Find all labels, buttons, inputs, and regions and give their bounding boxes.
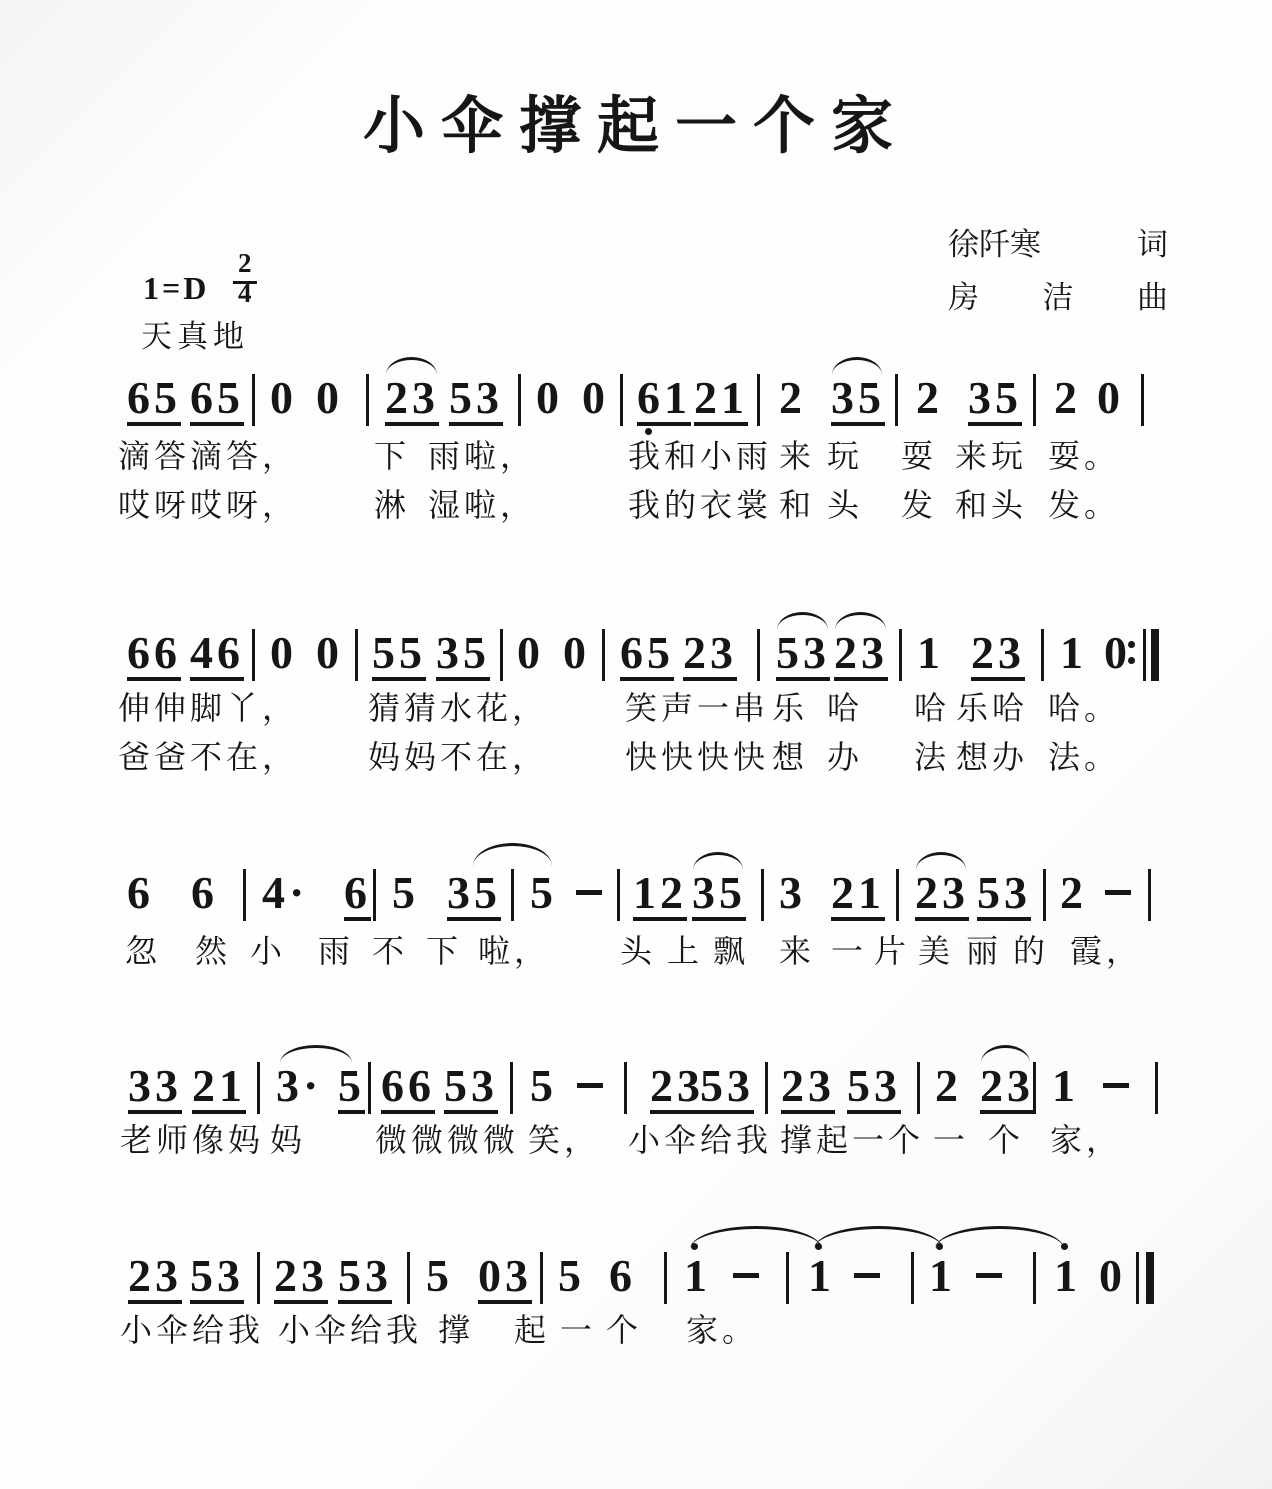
lyric-segment: 滴答滴答， xyxy=(118,438,298,475)
lyric-segment: 妈妈不在， xyxy=(368,739,548,776)
note-token: 5 xyxy=(558,1256,585,1296)
barline xyxy=(510,1062,513,1114)
lyric-segment: 微微微微 xyxy=(375,1122,519,1159)
note-token: 53 xyxy=(977,873,1031,921)
duration-dash xyxy=(577,1083,603,1088)
note-token: 0 xyxy=(270,378,297,418)
lyric-segment: 来 xyxy=(779,933,815,970)
lyric-segment: 发 xyxy=(901,487,937,524)
lyric-segment: 法 xyxy=(914,739,950,776)
lyric-segment: 小伞给我 xyxy=(628,1122,772,1159)
duration-dash xyxy=(733,1273,759,1278)
note-token: 65 xyxy=(620,633,674,681)
lyric-segment: 然 xyxy=(195,933,231,970)
lyric-segment: 下 xyxy=(374,438,410,475)
lyric-segment: 美 xyxy=(918,933,954,970)
note-token: 53 xyxy=(444,1066,498,1114)
repeat-end-barline xyxy=(1143,629,1146,681)
barline xyxy=(896,869,899,921)
barline xyxy=(757,374,760,426)
lyric-segment: 一 xyxy=(933,1122,969,1159)
lyric-segment: 淋 xyxy=(374,487,410,524)
note-token: 66 xyxy=(127,633,181,681)
note-token: 2 xyxy=(1054,378,1081,418)
barline xyxy=(917,1062,920,1114)
barline xyxy=(257,1252,260,1304)
time-signature: 2 4 xyxy=(233,250,257,307)
note-token: 23 xyxy=(834,633,888,681)
note-token: 53 xyxy=(190,1256,244,1304)
lyric-segment: 笑声一串 xyxy=(625,690,769,727)
lyric-segment: 撑起一个 xyxy=(780,1122,924,1159)
note-token: 1 xyxy=(1060,633,1087,673)
duration-dash xyxy=(576,890,602,895)
lyric-segment: 我和小雨 xyxy=(628,438,772,475)
lyric-segment: 哎呀哎呀， xyxy=(118,487,298,524)
note-token: 53 xyxy=(338,1256,392,1304)
note-token: 0 xyxy=(1097,378,1124,418)
lyric-segment: 不 xyxy=(372,933,408,970)
lyric-segment: 爸爸不在， xyxy=(118,739,298,776)
lyric-segment: 雨 xyxy=(318,933,354,970)
note-token: 2 xyxy=(1060,873,1087,913)
barline xyxy=(624,1062,627,1114)
barline xyxy=(1041,629,1044,681)
note-token: 23 xyxy=(274,1256,328,1304)
lyric-segment: 来玩 xyxy=(955,438,1027,475)
lyric-segment: 小伞给我 xyxy=(278,1312,422,1349)
tempo-marking: 天真地 xyxy=(141,322,249,353)
lyric-segment: 一 xyxy=(831,933,867,970)
key-signature: 1=D xyxy=(143,272,209,304)
note-token: 4· xyxy=(262,873,308,913)
slur-arc xyxy=(280,1045,352,1063)
note-token: 5 xyxy=(530,873,557,913)
note-token: 23 xyxy=(650,1066,704,1114)
lyric-segment: 湿啦， xyxy=(428,487,536,524)
credits: 徐阡寒 词 房 洁 曲 xyxy=(948,230,1168,336)
note-token: 0 xyxy=(1104,633,1131,673)
lyric-segment: 笑， xyxy=(528,1122,600,1159)
note-token: 23 xyxy=(980,1066,1034,1114)
barline xyxy=(511,869,514,921)
slur-arc xyxy=(832,357,882,375)
lyric-segment: 法。 xyxy=(1048,739,1120,776)
barline xyxy=(664,1252,667,1304)
duration-dash xyxy=(976,1273,1002,1278)
barline xyxy=(1043,869,1046,921)
slur-arc xyxy=(386,357,437,375)
note-token: 1 xyxy=(808,1256,835,1296)
lyric-segment: 啦， xyxy=(478,933,550,970)
barline xyxy=(1155,1062,1158,1114)
note-token: 1 xyxy=(929,1256,956,1296)
note-token: 5 xyxy=(338,1066,365,1114)
note-token: 23 xyxy=(781,1066,835,1114)
barline xyxy=(617,869,620,921)
lyric-segment: 一 xyxy=(560,1312,596,1349)
note-token: 0 xyxy=(517,633,544,673)
lyric-segment: 个 xyxy=(606,1312,642,1349)
tie-arc xyxy=(690,1226,822,1249)
repeat-end-barline-thick xyxy=(1151,629,1159,681)
note-token: 6 xyxy=(609,1256,636,1296)
note-token: 3· xyxy=(276,1066,322,1106)
lyricist-role: 词 xyxy=(1137,230,1168,261)
note-token: 21 xyxy=(192,1066,246,1114)
lyric-segment: 我的衣裳 xyxy=(628,487,772,524)
barline xyxy=(407,1252,410,1304)
repeat-dot xyxy=(1128,657,1135,664)
note-token: 35 xyxy=(692,873,746,921)
final-barline xyxy=(1136,1252,1139,1304)
barline xyxy=(765,1062,768,1114)
barline xyxy=(368,1062,371,1114)
lyric-segment: 小伞给我 xyxy=(120,1312,264,1349)
lyric-segment: 下 xyxy=(426,933,462,970)
note-token: 1 xyxy=(1054,1256,1081,1296)
note-token: 35 xyxy=(436,633,490,681)
note-token: 61 xyxy=(637,378,691,426)
composer-credit: 房 洁 曲 xyxy=(948,283,1168,314)
note-token: 53 xyxy=(776,633,830,681)
barline xyxy=(355,629,358,681)
note-token: 23 xyxy=(385,378,439,426)
composer-role: 曲 xyxy=(1137,283,1168,314)
lyric-segment: 来 xyxy=(779,438,815,475)
lyric-segment: 哈 xyxy=(827,690,863,727)
lyric-segment: 想 xyxy=(772,739,808,776)
note-token: 35 xyxy=(447,873,501,921)
barline xyxy=(373,869,376,921)
note-token: 6 xyxy=(191,873,218,913)
barline xyxy=(518,374,521,426)
lyric-segment: 哈 xyxy=(914,690,950,727)
note-token: 53 xyxy=(847,1066,901,1114)
note-token: 2 xyxy=(916,378,943,418)
barline xyxy=(895,374,898,426)
tie-arc xyxy=(473,843,552,866)
barline xyxy=(761,869,764,921)
barline xyxy=(1033,1252,1036,1304)
barline xyxy=(366,374,369,426)
note-token: 46 xyxy=(190,633,244,681)
lyric-segment: 猜猜水花， xyxy=(368,690,548,727)
lyric-segment: 乐 xyxy=(772,690,808,727)
barline xyxy=(257,1062,260,1114)
note-token: 65 xyxy=(127,378,181,426)
duration-dash xyxy=(854,1273,880,1278)
note-token: 5 xyxy=(530,1066,557,1106)
slur-arc xyxy=(693,852,743,870)
lyric-segment: 飘 xyxy=(713,933,749,970)
note-token: 23 xyxy=(915,873,969,921)
song-title: 小伞撑起一个家 xyxy=(0,92,1272,160)
barline xyxy=(540,1252,543,1304)
duration-dash xyxy=(1105,890,1131,895)
note-token: 1 xyxy=(1052,1066,1079,1106)
barline xyxy=(1033,374,1036,426)
barline xyxy=(786,1252,789,1304)
note-token: 0 xyxy=(582,378,609,418)
barline xyxy=(602,629,605,681)
lyric-segment: 家， xyxy=(1050,1122,1122,1159)
note-token: 1 xyxy=(917,633,944,673)
slur-arc xyxy=(777,612,828,630)
barline xyxy=(500,629,503,681)
lyric-segment: 老师像妈 xyxy=(120,1122,264,1159)
lyric-segment: 头 xyxy=(620,933,656,970)
note-token: 0 xyxy=(1099,1256,1126,1296)
composer-name-part1: 房 xyxy=(948,283,979,314)
lyric-segment: 快快快快 xyxy=(625,739,769,776)
barline xyxy=(899,629,902,681)
slur-arc xyxy=(981,1045,1030,1063)
slur-arc xyxy=(916,852,966,870)
lyric-segment: 和头 xyxy=(955,487,1027,524)
note-token: 3 xyxy=(779,873,806,913)
lyric-segment: 忽 xyxy=(125,933,161,970)
lyric-segment: 的 xyxy=(1013,933,1049,970)
note-token: 55 xyxy=(372,633,426,681)
lyric-segment: 家。 xyxy=(686,1312,758,1349)
note-token: 33 xyxy=(128,1066,182,1114)
lyricist-credit: 徐阡寒 词 xyxy=(948,230,1168,261)
barline xyxy=(911,1252,914,1304)
note-token: 5 xyxy=(426,1256,453,1296)
note-token: 35 xyxy=(968,378,1022,426)
lyric-segment: 小 xyxy=(250,933,286,970)
final-barline-thick xyxy=(1146,1252,1154,1304)
note-token: 5 xyxy=(392,873,419,913)
lyric-segment: 霞， xyxy=(1070,933,1142,970)
lyric-segment: 耍。 xyxy=(1048,438,1120,475)
lyric-segment: 个 xyxy=(988,1122,1024,1159)
note-token: 1 xyxy=(684,1256,711,1296)
lyricist-name: 徐阡寒 xyxy=(948,230,1041,261)
note-token: 23 xyxy=(971,633,1025,681)
lyric-segment: 伸伸脚丫， xyxy=(118,690,298,727)
note-token: 0 xyxy=(316,633,343,673)
lyric-segment: 撑 xyxy=(438,1312,474,1349)
note-token: 21 xyxy=(694,378,748,426)
lyric-segment: 妈 xyxy=(270,1122,306,1159)
note-token: 6 xyxy=(344,873,371,921)
note-token: 23 xyxy=(128,1256,182,1304)
note-token: 65 xyxy=(190,378,244,426)
repeat-dot xyxy=(1128,641,1135,648)
note-token: 2 xyxy=(779,378,806,418)
lyric-segment: 起 xyxy=(514,1312,550,1349)
barline xyxy=(252,374,255,426)
note-token: 53 xyxy=(700,1066,754,1114)
tie-arc xyxy=(935,1226,1064,1249)
note-token: 23 xyxy=(683,633,737,681)
note-token: 0 xyxy=(536,378,563,418)
barline xyxy=(1148,869,1151,921)
note-token: 12 xyxy=(633,873,687,921)
lyric-segment: 和 xyxy=(779,487,815,524)
lyric-segment: 耍 xyxy=(901,438,937,475)
note-token: 0 xyxy=(563,633,590,673)
tie-arc xyxy=(814,1226,943,1249)
composer-name-part2: 洁 xyxy=(1043,283,1074,314)
note-token: 53 xyxy=(449,378,503,426)
octave-dot-below xyxy=(645,428,652,435)
note-token: 2 xyxy=(935,1066,962,1106)
lyric-segment: 哈。 xyxy=(1048,690,1120,727)
lyric-segment: 上 xyxy=(667,933,703,970)
barline xyxy=(757,629,760,681)
note-token: 6 xyxy=(127,873,154,913)
note-token: 0 xyxy=(316,378,343,418)
slur-arc xyxy=(835,612,886,630)
lyric-segment: 雨啦， xyxy=(428,438,536,475)
barline xyxy=(252,629,255,681)
lyric-segment: 发。 xyxy=(1048,487,1120,524)
lyric-segment: 丽 xyxy=(966,933,1002,970)
sheet-music-page: 小伞撑起一个家 徐阡寒 词 房 洁 曲 1=D 2 4 天真地 65650023… xyxy=(0,0,1272,1489)
duration-dash xyxy=(1103,1083,1129,1088)
lyric-segment: 办 xyxy=(827,739,863,776)
note-token: 66 xyxy=(381,1066,435,1114)
barline xyxy=(620,374,623,426)
lyric-segment: 头 xyxy=(827,487,863,524)
lyric-segment: 玩 xyxy=(827,438,863,475)
barline xyxy=(1033,1062,1036,1114)
note-token: 35 xyxy=(831,378,885,426)
barline xyxy=(243,869,246,921)
note-token: 21 xyxy=(831,873,885,921)
note-token: 0 xyxy=(270,633,297,673)
barline xyxy=(1141,374,1144,426)
lyric-segment: 乐哈 xyxy=(956,690,1028,727)
lyric-segment: 想办 xyxy=(956,739,1028,776)
lyric-segment: 片 xyxy=(874,933,910,970)
note-token: 03 xyxy=(478,1256,532,1304)
